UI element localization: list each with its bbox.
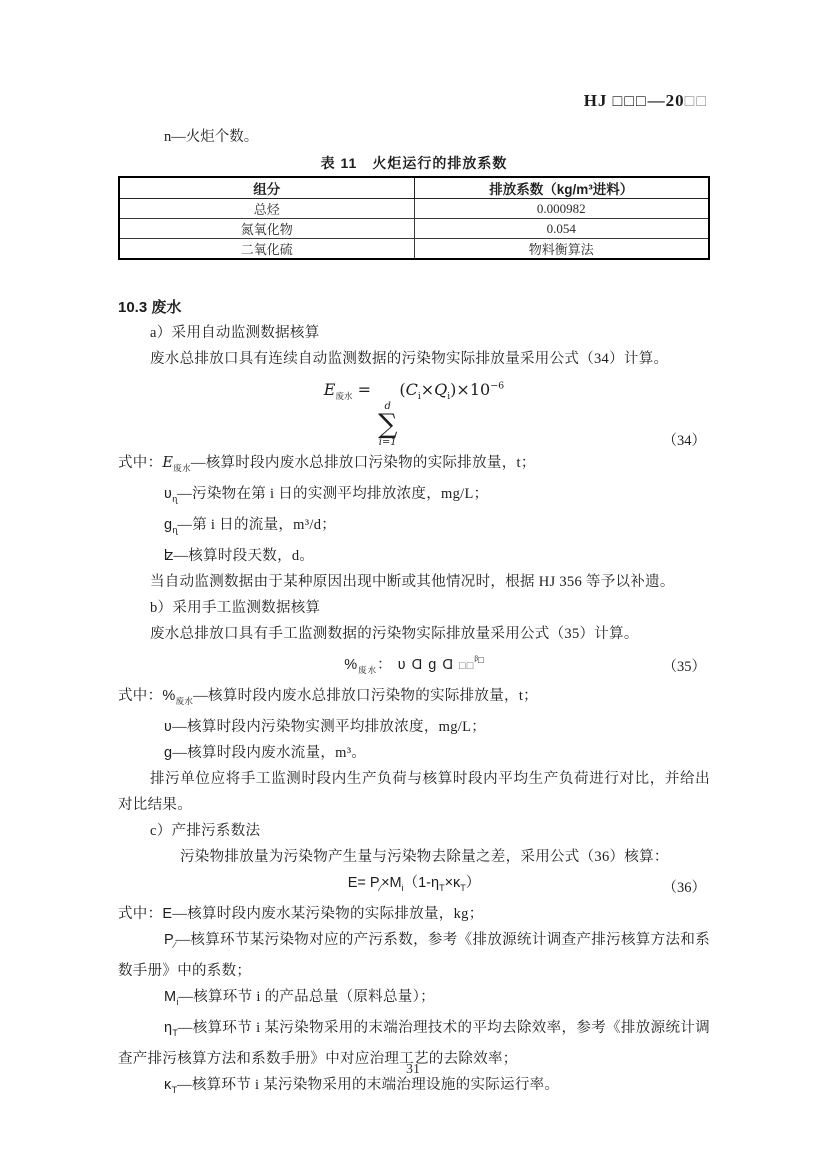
formula-35-lhs: % (344, 657, 358, 673)
item-b-intro: 废水总排放口具有手工监测数据的污染物实际排放量采用公式（35）计算。 (118, 621, 710, 647)
definition-line: 式中：%废水—核算时段内废水总排放口污染物的实际排放量，t； (118, 683, 710, 714)
equation-number-36: （36） (663, 876, 707, 901)
symbol-e: % (162, 688, 175, 704)
symbol-c: ʋ (164, 486, 172, 502)
formula-35-sup: ᵝ□ (474, 655, 483, 666)
formula-34-definitions: 式中：E废水—核算时段内废水总排放口污染物的实际排放量，t； ʋɳ—污染物在第 … (118, 450, 710, 569)
formula-36-t2: ×M (381, 875, 402, 891)
table-11-caption: 表 11 火炬运行的排放系数 (118, 153, 710, 173)
definition-line: ɡɳ—第 i 日的流量，m³/d； (118, 512, 710, 543)
cell-component: 氮氧化物 (119, 219, 414, 239)
item-b-note: 排污单位应将手工监测时段内生产负荷与核算时段内平均生产负荷进行对比，并给出对比结… (118, 766, 710, 818)
definition-text: —核算环节 i 的产品总量（原料总量）； (178, 989, 435, 1005)
flare-count-note: n—火炬个数。 (118, 125, 710, 149)
sigma-symbol: ∑ (378, 412, 397, 438)
standard-number-boxes: □□□ (613, 93, 648, 110)
standard-dash-year: —20 (648, 91, 685, 110)
definition-line: Mi—核算环节 i 的产品总量（原料总量）； (118, 984, 710, 1015)
definition-text: —第 i 日的流量，m³/d； (177, 517, 336, 533)
formula-36: E= P∕×Mi（1-ηT×κT） （36） (118, 870, 710, 901)
cell-factor: 0.000982 (414, 199, 709, 219)
definition-line: 式中：E—核算时段内废水某污染物的实际排放量，kg； (118, 901, 710, 927)
formula-34-expression: E废水 = d∑i=1(Ci×Qi)×10−6 (324, 380, 504, 448)
definition-text: —核算环节 i 某污染物采用的末端治理技术的平均去除效率，参考《排放源统计调查产… (118, 1020, 710, 1067)
exponent: −6 (490, 381, 504, 392)
definition-text: —核算时段内污染物实测平均排放浓度，mg/L； (172, 719, 486, 735)
definition-line: 式中：E废水—核算时段内废水总排放口污染物的实际排放量，t； (118, 450, 710, 481)
formula-36-t5: ） (466, 875, 481, 891)
formula-35-definitions: 式中：%废水—核算时段内废水总排放口污染物的实际排放量，t； ʋ—核算时段内污染… (118, 683, 710, 766)
formula-34-lhs-sub: 废水 (335, 392, 352, 402)
equals-sign: = (353, 380, 377, 399)
symbol-kappa: κ (164, 1077, 172, 1093)
cell-component: 总烃 (119, 199, 414, 219)
summation: d∑i=1 (378, 402, 397, 448)
item-b-title: b）采用手工监测数据核算 (118, 595, 710, 621)
definition-text: —核算环节 i 某污染物采用的末端治理设施的实际运行率。 (177, 1077, 559, 1093)
definition-line: ʫ—核算时段天数，d。 (118, 543, 710, 569)
missing-glyph-boxes: □□ (459, 660, 474, 672)
formula-36-expression: E= P∕×Mi（1-ηT×κT） (348, 875, 481, 891)
times-sign: × (421, 380, 434, 399)
definition-line: P∕—核算环节某污染物对应的产污系数，参考《排放源统计调查产排污核算方法和系数手… (118, 927, 710, 984)
page-content: HJ □□□—20□□ n—火炬个数。 表 11 火炬运行的排放系数 组分 排放… (118, 0, 710, 1103)
definition-text: —核算时段内废水流量，m³。 (172, 745, 366, 761)
formula-36-t1: E= P (348, 875, 380, 891)
formula-34-lhs: E (324, 380, 336, 399)
definition-text: —核算时段内废水总排放口污染物的实际排放量，t； (193, 688, 538, 704)
symbol-e: E (162, 906, 172, 922)
standard-year-boxes: □□ (685, 93, 708, 110)
formula-36-t4: ×κ (445, 875, 461, 891)
formula-35-expression: %废水： ʋ Ɑ ɡ Ɑ □□ᵝ□ (344, 657, 484, 673)
definition-line: ʋ—核算时段内污染物实测平均排放浓度，mg/L； (118, 714, 710, 740)
document-page: HJ □□□—20□□ n—火炬个数。 表 11 火炬运行的排放系数 组分 排放… (0, 0, 826, 1169)
definition-text: —核算时段内废水某污染物的实际排放量，kg； (172, 906, 483, 922)
definition-text: —核算时段内废水总排放口污染物的实际排放量，t； (191, 455, 536, 471)
item-a-title: a）采用自动监测数据核算 (118, 320, 710, 346)
item-a-note: 当自动监测数据由于某种原因出现中断或其他情况时，根据 HJ 356 等予以补遗。 (118, 569, 710, 595)
formula-35: %废水： ʋ Ɑ ɡ Ɑ □□ᵝ□ （35） (118, 647, 710, 684)
section-heading-10-3: 10.3 废水 (118, 296, 710, 320)
table-row: 总烃 0.000982 (119, 199, 709, 219)
item-c-intro: 污染物排放量为污染物产生量与污染物去除量之差，采用公式（36）核算： (118, 844, 710, 870)
definition-text: —核算时段天数，d。 (173, 548, 314, 564)
definition-line: ʋɳ—污染物在第 i 日的实测平均排放浓度，mg/L； (118, 481, 710, 512)
equation-number-35: （35） (663, 653, 707, 681)
symbol-e: E (162, 455, 173, 471)
cell-factor: 物料衡算法 (414, 239, 709, 260)
item-a-intro: 废水总排放口具有连续自动监测数据的污染物实际排放量采用公式（34）计算。 (118, 346, 710, 372)
formula-35-body: ʋ Ɑ ɡ Ɑ (398, 657, 459, 673)
var-q: Q (434, 380, 447, 399)
cell-component: 二氧化硫 (119, 239, 414, 260)
equation-number-34: （34） (663, 429, 707, 450)
times-ten: ×10 (456, 380, 490, 399)
symbol-e-sub: 废水 (176, 696, 194, 706)
definition-text: —污染物在第 i 日的实测平均排放浓度，mg/L； (177, 486, 488, 502)
symbol-c: ʋ (164, 719, 172, 735)
cell-factor: 0.054 (414, 219, 709, 239)
formula-35-colon: ： (377, 657, 393, 673)
formula-34: E废水 = d∑i=1(Ci×Qi)×10−6 （34） (118, 374, 710, 450)
sum-lower-limit: i=1 (379, 438, 397, 448)
where-label: 式中： (118, 688, 162, 704)
symbol-p: P (164, 932, 174, 948)
col-header-component: 组分 (119, 177, 414, 199)
var-c: C (406, 380, 418, 399)
symbol-e-sub: 废水 (173, 463, 191, 473)
table-row: 二氧化硫 物料衡算法 (119, 239, 709, 260)
definition-line: ɡ—核算时段内废水流量，m³。 (118, 740, 710, 766)
symbol-m: M (164, 989, 176, 1005)
definition-text: —核算环节某污染物对应的产污系数，参考《排放源统计调查产排污核算方法和系数手册》… (118, 932, 710, 979)
document-header: HJ □□□—20□□ (118, 90, 710, 113)
item-c-title: c）产排污系数法 (118, 818, 710, 844)
where-label: 式中： (118, 455, 162, 471)
table-header-row: 组分 排放系数（kg/m³进料） (119, 177, 709, 199)
formula-36-t3: （1-η (404, 875, 439, 891)
table-11: 组分 排放系数（kg/m³进料） 总烃 0.000982 氮氧化物 0.054 … (118, 176, 710, 260)
col-header-factor: 排放系数（kg/m³进料） (414, 177, 709, 199)
standard-code: HJ (584, 91, 608, 110)
where-label: 式中： (118, 906, 162, 922)
table-row: 氮氧化物 0.054 (119, 219, 709, 239)
formula-35-lhs-sub: 废水 (358, 664, 377, 674)
page-number: 31 (0, 1062, 826, 1078)
